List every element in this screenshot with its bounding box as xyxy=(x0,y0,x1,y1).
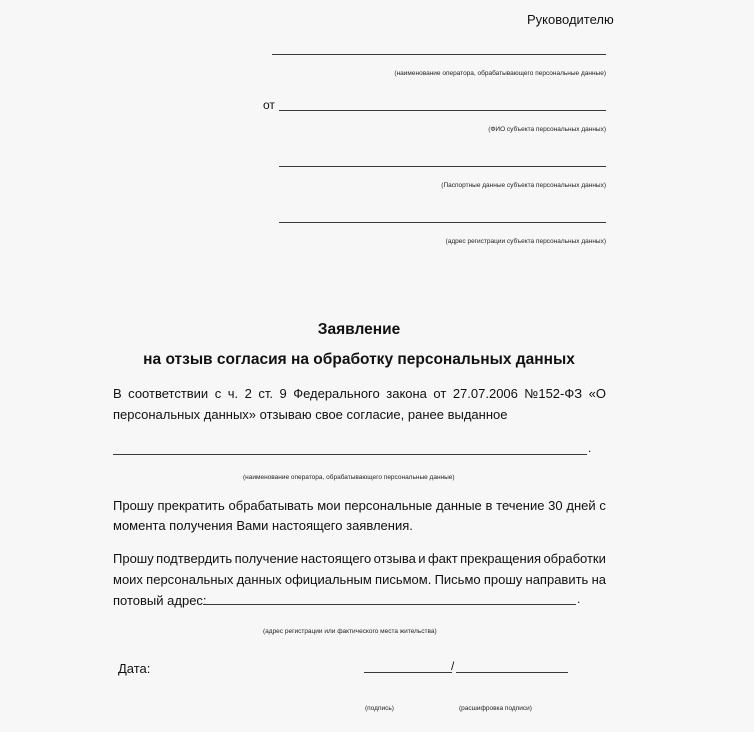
word: прошу xyxy=(484,569,522,591)
word: 2 xyxy=(245,383,252,405)
paragraph-2-line-1: Прошупрекратитьобрабатыватьмоиперсональн… xyxy=(113,495,606,517)
word: Федерального xyxy=(293,383,380,405)
revoked-operator-caption: (наименование оператора, обрабатывающего… xyxy=(243,474,455,481)
signature-separator: / xyxy=(451,659,454,673)
paragraph-3-line-1: Прошуподтвердитьполучениенастоящегоотзыв… xyxy=(113,548,606,570)
address-caption: (адрес регистрации субъекта персональных… xyxy=(446,238,606,245)
postal-address-caption: (адрес регистрации или фактического мест… xyxy=(263,628,437,635)
postal-field-end-period: . xyxy=(577,592,580,606)
word: прекращения xyxy=(460,548,541,570)
word: В xyxy=(113,383,122,405)
word: Прошу xyxy=(113,495,154,517)
word: персональных xyxy=(146,569,233,591)
word: факт xyxy=(428,548,458,570)
fio-field[interactable] xyxy=(279,110,606,111)
from-label: от xyxy=(263,98,275,112)
word: с xyxy=(215,383,222,405)
word: 9 xyxy=(279,383,286,405)
word: Письмо xyxy=(435,569,481,591)
signature-decoding-caption: (расшифровка подписи) xyxy=(459,705,532,712)
address-field[interactable] xyxy=(279,222,606,223)
paragraph-1-line-2: персональных данных» отзываю свое соглас… xyxy=(113,404,507,426)
word: обработки xyxy=(543,548,605,570)
word: получение xyxy=(235,548,299,570)
operator-name-field[interactable] xyxy=(272,54,606,55)
word: обрабатывать xyxy=(229,495,314,517)
document-title: Заявление xyxy=(0,321,718,339)
word: соответствии xyxy=(128,383,208,405)
field-end-period: . xyxy=(588,441,591,455)
operator-caption: (наименование оператора, обрабатывающего… xyxy=(394,70,606,77)
signature-caption: (подпись) xyxy=(365,705,394,712)
word: «О xyxy=(589,383,606,405)
passport-field[interactable] xyxy=(279,166,606,167)
word: данных xyxy=(237,569,282,591)
word: настоящего xyxy=(301,548,371,570)
date-label: Дата: xyxy=(118,661,150,676)
paragraph-1-line-1: Всоответствиисч.2ст.9Федеральногозаконао… xyxy=(113,383,606,405)
word: с xyxy=(599,495,606,517)
word: прекратить xyxy=(157,495,224,517)
word: официальным xyxy=(285,569,372,591)
signature-field[interactable] xyxy=(364,672,452,673)
word: на xyxy=(592,569,606,591)
passport-caption: (Паспортные данные субъекта персональных… xyxy=(441,182,606,189)
word: №152-ФЗ xyxy=(524,383,582,405)
postal-address-field[interactable] xyxy=(203,604,576,605)
signature-decoding-field[interactable] xyxy=(456,672,568,673)
word: от xyxy=(433,383,446,405)
word: течение xyxy=(496,495,544,517)
word: в xyxy=(486,495,493,517)
word: ч. xyxy=(228,383,238,405)
addressee: Руководителю xyxy=(527,12,614,27)
paragraph-2-line-2: момента получения Вами настоящего заявле… xyxy=(113,515,413,537)
fio-caption: (ФИО субъекта персональных данных) xyxy=(488,126,606,133)
word: 27.07.2006 xyxy=(453,383,518,405)
word: 30 xyxy=(548,495,562,517)
word: закона xyxy=(386,383,427,405)
word: персональные xyxy=(344,495,432,517)
word: дней xyxy=(566,495,595,517)
word: мои xyxy=(317,495,340,517)
word: данные xyxy=(436,495,482,517)
word: отзыва xyxy=(374,548,416,570)
document-subtitle: на отзыв согласия на обработку персональ… xyxy=(0,351,718,369)
word: направить xyxy=(526,569,589,591)
word: ст. xyxy=(258,383,273,405)
word: и xyxy=(418,548,425,570)
paragraph-3-line-2: моихперсональныхданныхофициальнымписьмом… xyxy=(113,569,606,591)
word: Прошу xyxy=(113,548,154,570)
word: моих xyxy=(113,569,143,591)
word: письмом. xyxy=(375,569,431,591)
postal-address-label: потовый адрес: xyxy=(113,590,207,612)
word: подтвердить xyxy=(156,548,232,570)
revoked-operator-field[interactable] xyxy=(113,454,587,455)
